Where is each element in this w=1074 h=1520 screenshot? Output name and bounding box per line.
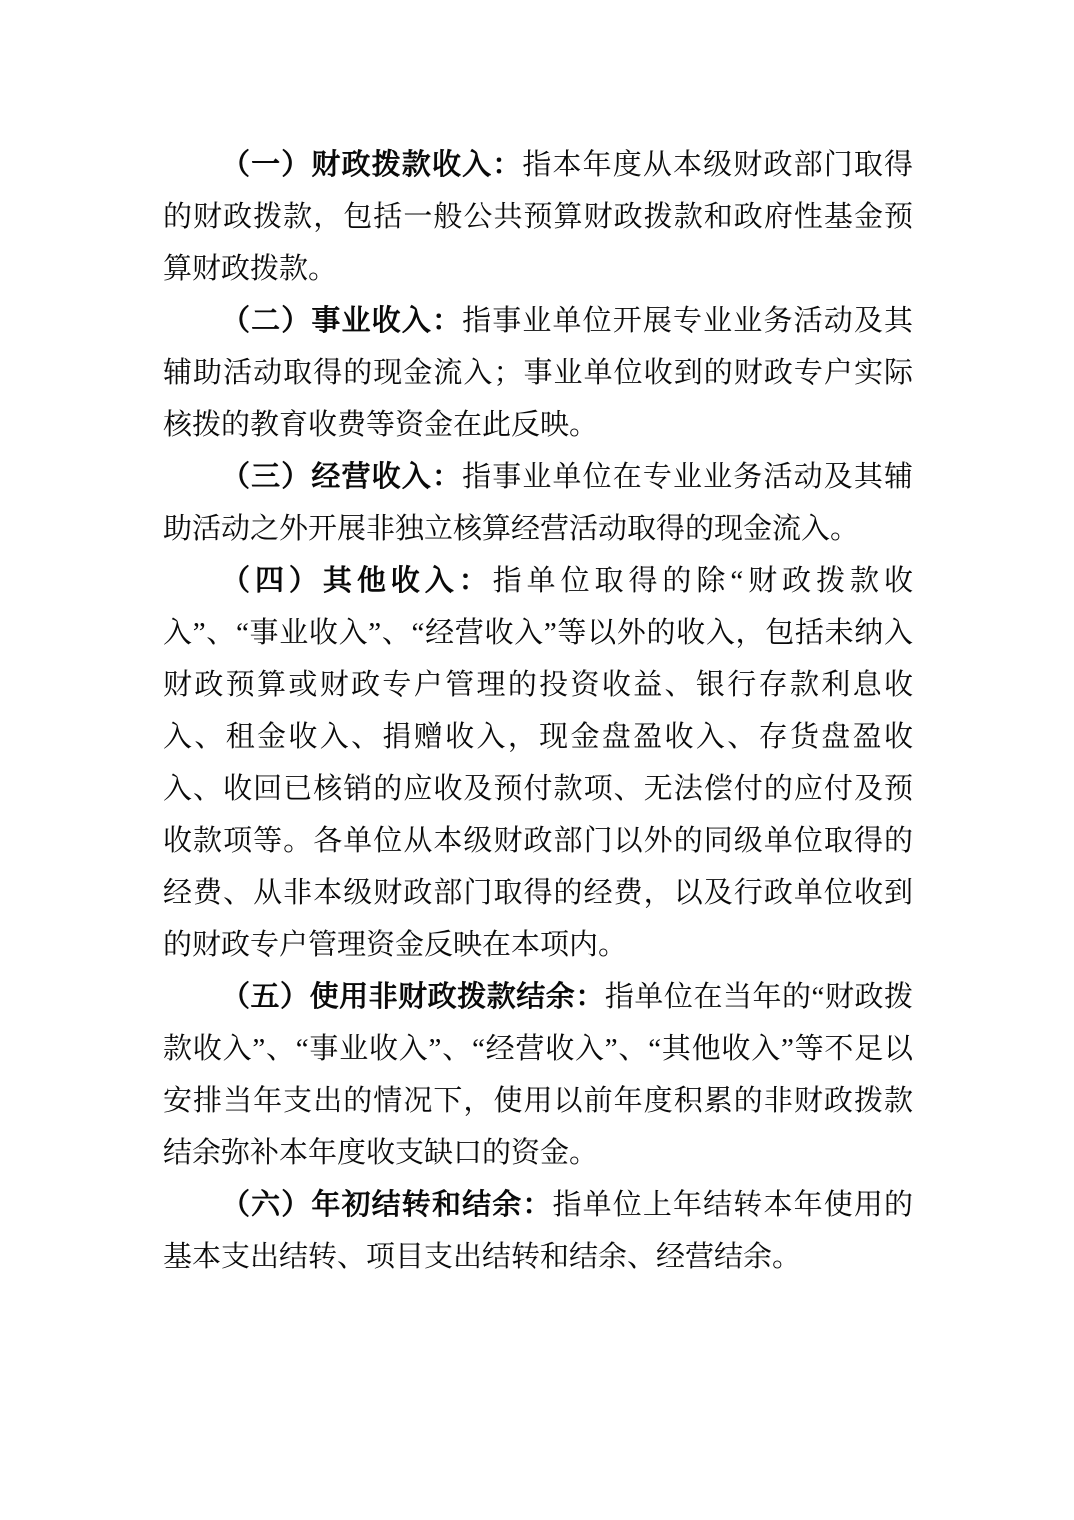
paragraph-fiscal-appropriation-income: （一）财政拨款收入：指本年度从本级财政部门取得的财政拨款，包括一般公共预算财政拨… [163,139,913,295]
document-page: （一）财政拨款收入：指本年度从本级财政部门取得的财政拨款，包括一般公共预算财政拨… [0,0,1074,1520]
paragraph-3-heading: （三）经营收入： [221,461,462,493]
paragraph-use-of-non-fiscal-surplus: （五）使用非财政拨款结余：指单位在当年的“财政拨款收入”、“事业收入”、“经营收… [163,971,913,1179]
document-body: （一）财政拨款收入：指本年度从本级财政部门取得的财政拨款，包括一般公共预算财政拨… [163,139,913,1283]
paragraph-carryover-and-surplus: （六）年初结转和结余：指单位上年结转本年使用的基本支出结转、项目支出结转和结余、… [163,1179,913,1283]
paragraph-4-heading: （四）其他收入： [221,565,493,597]
paragraph-6-heading: （六）年初结转和结余： [221,1189,553,1221]
paragraph-2-heading: （二）事业收入： [221,305,462,337]
paragraph-1-heading: （一）财政拨款收入： [221,149,522,181]
paragraph-operating-income-institution: （二）事业收入：指事业单位开展专业业务活动及其辅助活动取得的现金流入；事业单位收… [163,295,913,451]
paragraph-business-operation-income: （三）经营收入：指事业单位在专业业务活动及其辅助活动之外开展非独立核算经营活动取… [163,451,913,555]
paragraph-other-income: （四）其他收入：指单位取得的除“财政拨款收入”、“事业收入”、“经营收入”等以外… [163,555,913,971]
paragraph-4-text: 指单位取得的除“财政拨款收入”、“事业收入”、“经营收入”等以外的收入，包括未纳… [163,565,913,961]
paragraph-5-heading: （五）使用非财政拨款结余： [221,981,605,1013]
